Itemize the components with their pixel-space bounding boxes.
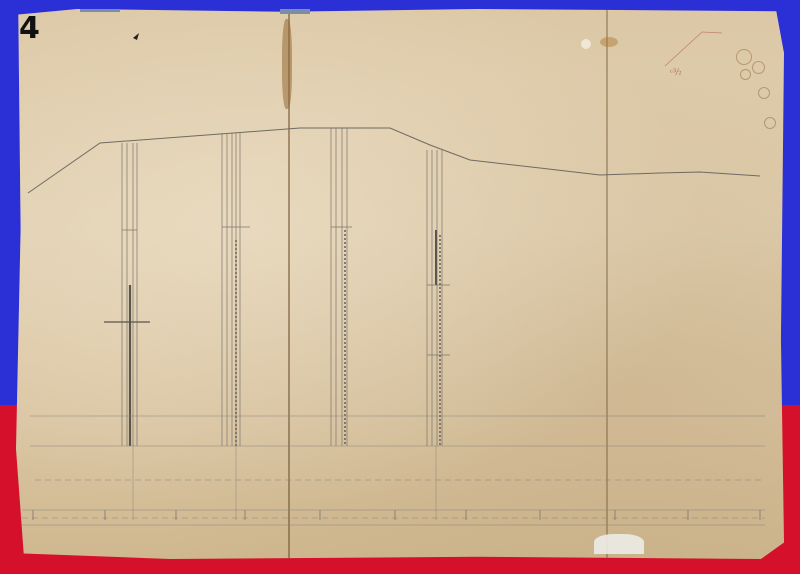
column-1 (104, 143, 150, 446)
boreholes (104, 128, 450, 446)
column-2 (222, 133, 250, 446)
profile-drawing (0, 0, 800, 574)
ruler-ticks (33, 510, 760, 520)
column-4 (427, 150, 450, 446)
column-3 (331, 128, 352, 446)
terrain-profile-line (28, 128, 760, 193)
ink-mark (133, 33, 139, 40)
datum-lines (22, 416, 765, 525)
